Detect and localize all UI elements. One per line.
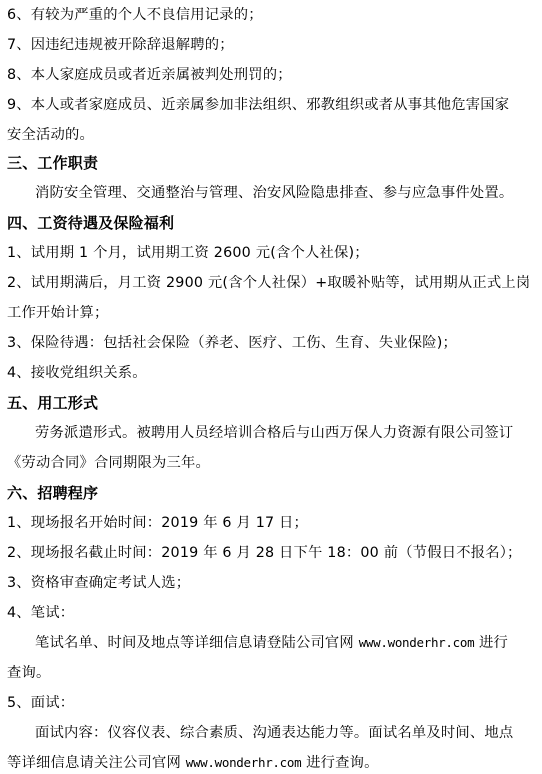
list-item: 5、面试：	[7, 688, 74, 718]
paragraph-continuation: 查询。	[7, 658, 51, 688]
list-item: 2、现场报名截止时间：2019 年 6 月 28 日下午 18：00 前（节假日…	[7, 538, 522, 568]
written-test-text-end: 进行	[474, 635, 508, 651]
paragraph-employment: 劳务派遣形式。被聘用人员经培训合格后与山西万保人力资源有限公司签订	[35, 418, 513, 448]
section-heading-employment: 五、用工形式	[7, 388, 98, 418]
paragraph-duties: 消防安全管理、交通整治与管理、治安风险隐患排查、参与应急事件处置。	[35, 178, 513, 208]
interview-text: 等详细信息请关注公司官网	[7, 755, 186, 771]
list-item-continuation: 工作开始计算；	[7, 298, 108, 328]
interview-text-end: 进行查询。	[301, 755, 378, 771]
paragraph-continuation: 《劳动合同》合同期限为三年。	[7, 448, 210, 478]
list-item: 1、试用期 1 个月，试用期工资 2600 元(含个人社保)；	[7, 238, 369, 268]
paragraph-written-test: 笔试名单、时间及地点等详细信息请登陆公司官网 www.wonderhr.com …	[35, 628, 508, 658]
list-item: 7、因违纪违规被开除辞退解聘的；	[7, 30, 234, 60]
list-item: 6、有较为严重的个人不良信用记录的；	[7, 0, 263, 30]
list-item: 3、资格审查确定考试人选；	[7, 568, 190, 598]
paragraph-interview-continuation: 等详细信息请关注公司官网 www.wonderhr.com 进行查询。	[7, 748, 379, 774]
list-item: 9、本人或者家庭成员、近亲属参加非法组织、邪教组织或者从事其他危害国家	[7, 90, 509, 120]
paragraph-interview: 面试内容：仪容仪表、综合素质、沟通表达能力等。面试名单及时间、地点	[35, 718, 513, 748]
list-item-continuation: 安全活动的。	[7, 120, 94, 150]
list-item: 8、本人家庭成员或者近亲属被判处刑罚的；	[7, 60, 292, 90]
written-test-text: 笔试名单、时间及地点等详细信息请登陆公司官网	[35, 635, 359, 651]
list-item: 4、笔试：	[7, 598, 74, 628]
section-heading-duties: 三、工作职责	[7, 148, 98, 178]
list-item: 1、现场报名开始时间：2019 年 6 月 17 日；	[7, 508, 308, 538]
list-item: 4、接收党组织关系。	[7, 358, 147, 388]
list-item: 3、保险待遇：包括社会保险（养老、医疗、工伤、生育、失业保险)；	[7, 328, 457, 358]
list-item: 2、试用期满后，月工资 2900 元(含个人社保）+取暖补贴等，试用期从正式上岗	[7, 268, 530, 298]
website-link[interactable]: www.wonderhr.com	[359, 635, 475, 650]
section-heading-salary: 四、工资待遇及保险福利	[7, 208, 174, 238]
section-heading-procedure: 六、招聘程序	[7, 478, 98, 508]
website-link[interactable]: www.wonderhr.com	[186, 755, 302, 770]
